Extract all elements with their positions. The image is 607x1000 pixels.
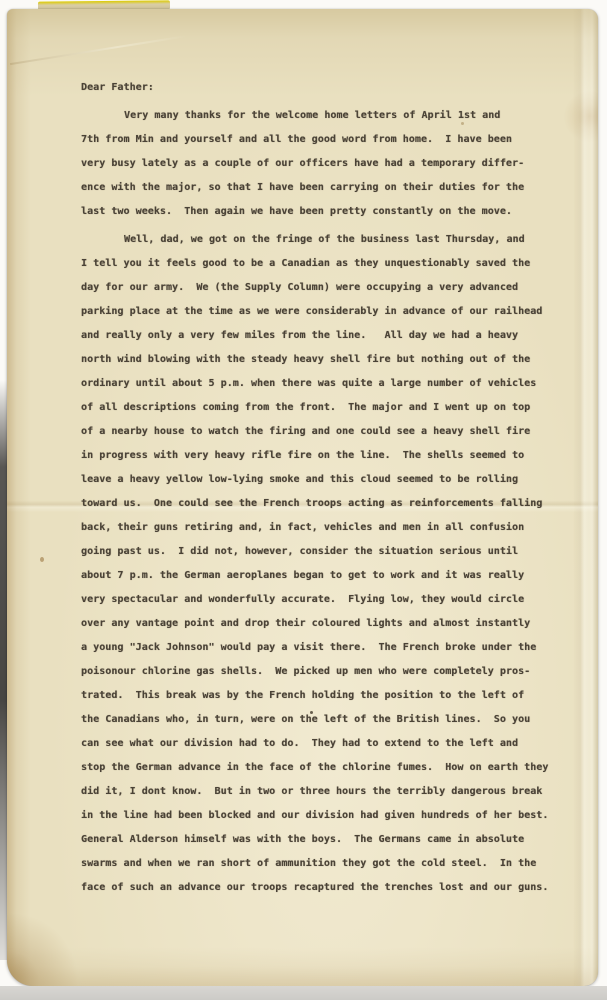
paper-crease <box>10 35 188 65</box>
salutation: Dear Father: <box>81 76 573 100</box>
paper-speck <box>40 557 44 562</box>
letter-body: Dear Father: Very many thanks for the we… <box>81 76 573 904</box>
letter-paragraph-1: Very many thanks for the welcome home le… <box>81 104 573 224</box>
letter-paragraph-2: Well, dad, we got on the fringe of the b… <box>81 228 573 900</box>
letter-page: Dear Father: Very many thanks for the we… <box>7 9 598 986</box>
scan-bottom-strip <box>0 986 607 1000</box>
scan-area: Dear Father: Very many thanks for the we… <box>0 0 607 1000</box>
